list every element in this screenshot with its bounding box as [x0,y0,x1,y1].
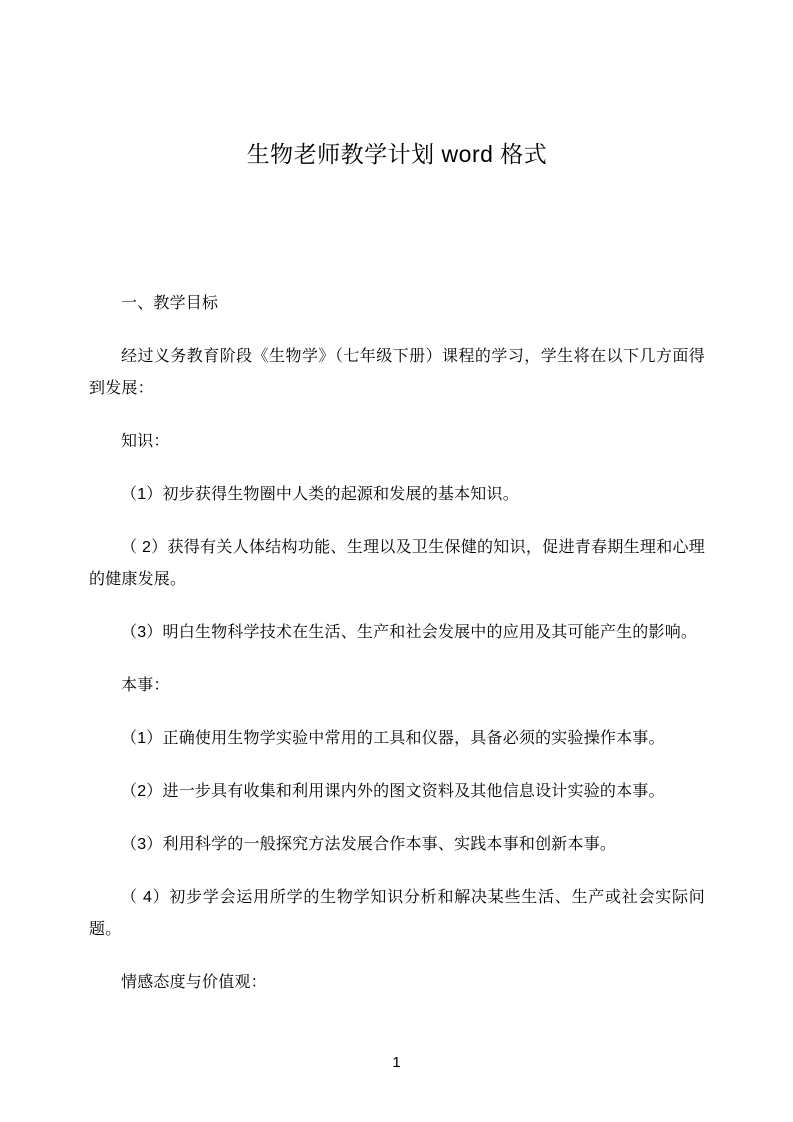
label-skills: 本事： [89,670,705,702]
skills-item-4: （ 4）初步学会运用所学的生物学知识分析和解决某些生活、生产或社会实际问题。 [89,882,705,946]
document-page: 生物老师教学计划 word 格式 一、教学目标 经过义务教育阶段《生物学》（七年… [0,0,793,1122]
paragraph-intro: 经过义务教育阶段《生物学》（七年级下册）课程的学习，学生将在以下几方面得到发展： [89,341,705,405]
knowledge-item-3: （3）明白生物科学技术在生活、生产和社会发展中的应用及其可能产生的影响。 [89,617,705,649]
skills-item-2: （2）进一步具有收集和利用课内外的图文资料及其他信息设计实验的本事。 [89,776,705,808]
page-number: 1 [0,1054,793,1072]
label-attitude-values: 情感态度与价值观： [89,967,705,999]
knowledge-item-1: （1）初步获得生物圈中人类的起源和发展的基本知识。 [89,479,705,511]
document-title: 生物老师教学计划 word 格式 [89,138,705,171]
label-knowledge: 知识： [89,426,705,458]
knowledge-item-2: （ 2）获得有关人体结构功能、生理以及卫生保健的知识，促进青春期生理和心理的健康… [89,532,705,596]
skills-item-3: （3）利用科学的一般探究方法发展合作本事、实践本事和创新本事。 [89,829,705,861]
section-heading: 一、教学目标 [89,288,705,320]
skills-item-1: （1）正确使用生物学实验中常用的工具和仪器，具备必须的实验操作本事。 [89,723,705,755]
